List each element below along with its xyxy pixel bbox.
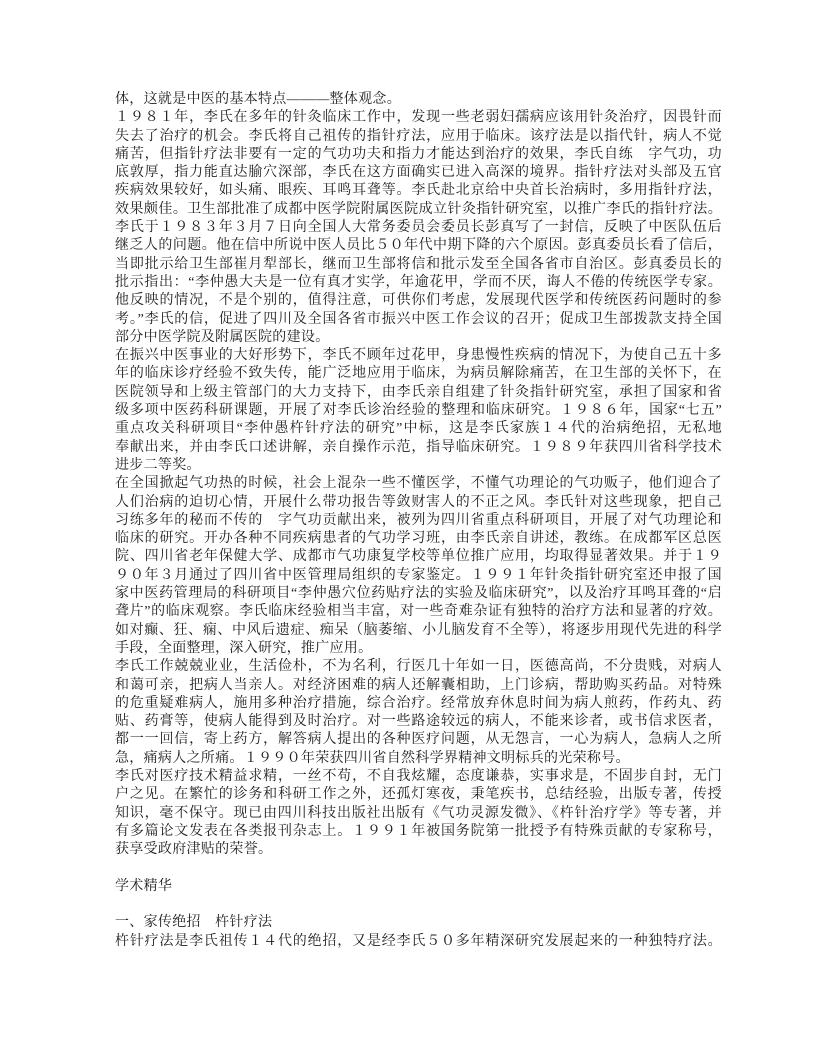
text-line: 痛苦，但指针疗法非要有一定的气功功夫和指力才能达到治疗的效果，李氏自练 字气功，… <box>115 146 722 164</box>
text-line: 进步二等奖。 <box>115 457 722 475</box>
text-line: ９０年３月通过了四川省中医管理局组织的专家鉴定。１９９１年针灸指针研究室还申报了… <box>115 567 722 585</box>
text-line: １９８１年，李氏在多年的针灸临床工作中，发现一些老弱妇孺病应该用针灸治疗，因畏针… <box>115 109 722 127</box>
paragraph-overview-continuation: 体，这就是中医的基本特点———整体观念。 <box>115 91 722 109</box>
subsection-chuzhen-therapy: 一、家传绝招 杵针疗法 杵针疗法是李氏祖传１４代的绝招，又是经李氏５０多年精深研… <box>115 914 722 951</box>
text-line: 重点攻关科研项目“李仲愚杵针疗法的研究”中标，这是李氏家族１４代的治病绝招，无私… <box>115 420 722 438</box>
paragraph-publications-and-honors: 李氏对医疗技术精益求精，一丝不苟，不自我炫耀，态度谦恭，实事求是，不固步自封，无… <box>115 768 722 859</box>
text-line: 疾病效果较好，如头痛、眼疾、耳鸣耳聋等。李氏赴北京给中央首长治病时，多用指针疗法… <box>115 182 722 200</box>
text-line: 当即批示给卫生部崔月犁部长，继而卫生部将信和批示发至全国各省市自治区。彭真委员长… <box>115 256 722 274</box>
text-line: 手段，全面整理，深入研究，推广应用。 <box>115 640 722 658</box>
text-line: 在振兴中医事业的大好形势下，李氏不顾年过花甲，身患慢性疾病的情况下，为使自己五十… <box>115 347 722 365</box>
text-line: 急，痛病人之所痛。１９９０年荣获四川省自然科学界精神文明标兵的光荣称号。 <box>115 750 722 768</box>
text-line: 体，这就是中医的基本特点———整体观念。 <box>115 91 722 109</box>
text-line: 院、四川省老年保健大学、成都市气功康复学校等单位推广应用，均取得显著效果。并于１… <box>115 548 722 566</box>
text-line: 杵针疗法是李氏祖传１４代的绝招，又是经李氏５０多年精深研究发展起来的一种独特疗法… <box>115 933 722 951</box>
text-line: 失去了治疗的机会。李氏将自己祖传的指针疗法，应用于临床。该疗法是以指代针，病人不… <box>115 128 722 146</box>
text-line: 批示指出：“李仲愚大夫是一位有真才实学，年逾花甲，学而不厌，诲人不倦的传统医学专… <box>115 274 722 292</box>
paragraph-medical-ethics: 李氏工作兢兢业业，生活俭朴，不为名利，行医几十年如一日，医德高尚，不分贵贱，对病… <box>115 658 722 768</box>
text-line: 在全国掀起气功热的时候，社会上混杂一些不懂医学，不懂气功理论的气功贩子，他们迎合… <box>115 475 722 493</box>
document-body: 体，这就是中医的基本特点———整体观念。１９８１年，李氏在多年的针灸临床工作中，… <box>115 91 722 951</box>
text-line: 部分中医学院及附属医院的建设。 <box>115 329 722 347</box>
text-line: 底敦厚，指力能直达腧穴深部，李氏在这方面确实已进入高深的境界。指针疗法对头部及五… <box>115 164 722 182</box>
text-line: 考。”李氏的信，促进了四川及全国各省市振兴中医工作会议的召开；促成卫生部拨款支持… <box>115 311 722 329</box>
text-line: 李氏工作兢兢业业，生活俭朴，不为名利，行医几十年如一日，医德高尚，不分贵贱，对病… <box>115 658 722 676</box>
document-page: 体，这就是中医的基本特点———整体观念。１９８１年，李氏在多年的针灸临床工作中，… <box>0 0 816 1056</box>
text-line: 的危重疑难病人，施用多种治疗措施，综合治疗。经常放弃休息时间为病人煎药，作药丸、… <box>115 695 722 713</box>
text-line: 年的临床诊疗经验不致失传，能广泛地应用于临床，为病员解除痛苦，在卫生部的关怀下，… <box>115 365 722 383</box>
paragraph-zhizhen-therapy-and-letter: １９８１年，李氏在多年的针灸临床工作中，发现一些老弱妇孺病应该用针灸治疗，因畏针… <box>115 109 722 347</box>
paragraph-research-projects: 在振兴中医事业的大好形势下，李氏不顾年过花甲，身患慢性疾病的情况下，为使自己五十… <box>115 347 722 475</box>
text-line: 人们治病的迫切心情，开展什么带功报告等敛财害人的不正之风。李氏针对这些现象，把自… <box>115 494 722 512</box>
text-line: 户之见。在繁忙的诊务和科研工作之外，还孤灯寒夜，秉笔疾书，总结经验，出版专著，传… <box>115 786 722 804</box>
text-line: 和蔼可亲，把病人当亲人。对经济困难的病人还解囊相助，上门诊病，帮助购买药品。对特… <box>115 677 722 695</box>
section-heading-academic-essence: 学术精华 <box>115 878 722 896</box>
text-line: 都一一回信，寄上药方，解答病人提出的各种医疗问题，从无怨言，一心为病人，急病人之… <box>115 731 722 749</box>
text-line: 奉献出来，并由李氏口述讲解，亲自操作示范，指导临床研究。１９８９年获四川省科学技… <box>115 439 722 457</box>
text-line: 习练多年的秘而不传的 字气功贡献出来，被列为四川省重点科研项目，开展了对气功理论… <box>115 512 722 530</box>
text-line: 如对癫、狂、痫、中风后遗症、痴呆（脑萎缩、小儿脑发育不全等），将逐步用现代先进的… <box>115 622 722 640</box>
text-line: 继乏人的问题。他在信中所说中医人员比５０年代中期下降的六个原因。彭真委员长看了信… <box>115 237 722 255</box>
text-line: 知识，毫不保守。现已由四川科技出版社出版有《气功灵源发微》、《杵针治疗学》等专著… <box>115 805 722 823</box>
text-line: 家中医药管理局的科研项目“李仲愚穴位药贴疗法的实验及临床研究”，以及治疗耳鸣耳聋… <box>115 585 722 603</box>
text-line: 医院领导和上级主管部门的大力支持下，由李氏亲自组建了针灸指针研究室，承担了国家和… <box>115 384 722 402</box>
text-line: 获享受政府津贴的荣誉。 <box>115 841 722 859</box>
text-line: 级多项中医药科研课题，开展了对李氏诊治经验的整理和临床研究。１９８６年，国家“七… <box>115 402 722 420</box>
text-line: 李氏对医疗技术精益求精，一丝不苟，不自我炫耀，态度谦恭，实事求是，不固步自封，无… <box>115 768 722 786</box>
body-paragraphs: 体，这就是中医的基本特点———整体观念。１９８１年，李氏在多年的针灸临床工作中，… <box>115 91 722 859</box>
subsection-heading-family-secret: 一、家传绝招 杵针疗法 <box>115 914 722 932</box>
text-line: 临床的研究。开办各种不同疾病患者的气功学习班，由李氏亲自讲述，教练。在成都军区总… <box>115 530 722 548</box>
text-line: 有多篇论文发表在各类报刊杂志上。１９９１年被国务院第一批授予有特殊贡献的专家称号… <box>115 823 722 841</box>
text-line: 他反映的情况，不是个别的，值得注意，可供你们考虑，发展现代医学和传统医药问题时的… <box>115 292 722 310</box>
text-line: 聋片”的临床观察。李氏临床经验相当丰富，对一些奇难杂证有独特的治疗方法和显著的疗… <box>115 603 722 621</box>
text-line: 李氏于１９８３年３月７日向全国人大常务委员会委员长彭真写了一封信，反映了中医队伍… <box>115 219 722 237</box>
subsection-body: 杵针疗法是李氏祖传１４代的绝招，又是经李氏５０多年精深研究发展起来的一种独特疗法… <box>115 933 722 951</box>
text-line: 贴、药膏等，使病人能得到及时治疗。对一些路途较远的病人，不能来诊者，或书信求医者… <box>115 713 722 731</box>
text-line: 效果颇佳。卫生部批准了成都中医学院附属医院成立针灸指针研究室，以推广李氏的指针疗… <box>115 201 722 219</box>
paragraph-qigong-and-clinical-experience: 在全国掀起气功热的时候，社会上混杂一些不懂医学，不懂气功理论的气功贩子，他们迎合… <box>115 475 722 658</box>
